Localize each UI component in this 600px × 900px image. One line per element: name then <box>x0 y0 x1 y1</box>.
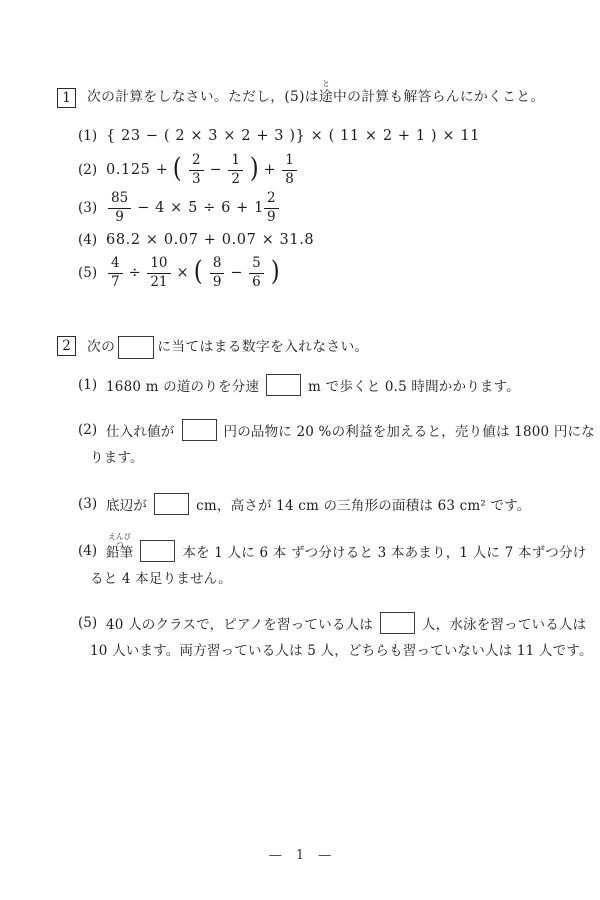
operator: ÷ <box>129 265 142 281</box>
fraction: 859 <box>108 192 131 224</box>
fraction-numerator: 1 <box>228 154 243 171</box>
expression-text: { 23 − ( 2 × 3 × 2 + 3 )} × ( 11 × 2 + 1… <box>106 128 480 144</box>
question-text-line2: 10 人います。両方習っている人は 5 人，どちらも習っていない人は 11 人で… <box>90 639 600 659</box>
operator: − <box>210 162 223 178</box>
answer-blank-box <box>182 419 217 441</box>
question-text-post: 人，水泳を習っている人は <box>422 613 586 633</box>
problem-2-items: (1) 1680 m の道のりを分速 m で歩くと 0.5 時間かかります。 (… <box>78 374 600 659</box>
answer-blank-box <box>118 336 154 359</box>
instruction-text-after: に当てはまる数字を入れなさい。 <box>157 338 368 357</box>
item-label: (1) <box>78 377 102 393</box>
problem-2: 2 次のに当てはまる数字を入れなさい。 (1) 1680 m の道のりを分速 m… <box>0 336 600 659</box>
instruction-text-after: 中の計算も解答らんにかくこと。 <box>333 88 544 107</box>
question-text-post: m で歩くと 0.5 時間かかります。 <box>308 375 520 395</box>
problem-1-items: (1) { 23 − ( 2 × 3 × 2 + 3 )} × ( 11 × 2… <box>78 126 600 291</box>
fraction: 12 <box>228 154 243 186</box>
exam-page: 1 次の計算をしなさい。ただし，(5)は途と中の計算も解答らんにかくこと。 (1… <box>0 0 600 900</box>
q1-item-3: (3) 859 − 4 × 5 ÷ 6 + 1 29 <box>78 190 600 226</box>
fraction: 23 <box>189 154 204 186</box>
instruction-text-before: 次の <box>87 338 115 357</box>
answer-blank-box <box>140 540 175 562</box>
item-label: (1) <box>78 128 102 144</box>
q2-item-4: (4) 鉛筆えんぴつ 本を 1 人に 6 本 ずつ分けると 3 本あまり，1 人… <box>78 540 600 587</box>
fraction: 1021 <box>147 257 170 289</box>
fraction: 89 <box>210 257 225 289</box>
q1-item-1: (1) { 23 − ( 2 × 3 × 2 + 3 )} × ( 11 × 2… <box>78 126 600 146</box>
fraction-denominator: 9 <box>112 209 127 225</box>
furigana-text: と <box>319 80 333 88</box>
right-paren: ) <box>271 258 280 288</box>
question-text-pre: 1680 m の道のりを分速 <box>106 375 259 395</box>
question-text-post: cm，高さが 14 cm の三角形の面積は 63 cm² です。 <box>196 494 530 514</box>
problem-1-instruction: 次の計算をしなさい。ただし，(5)は途と中の計算も解答らんにかくこと。 <box>87 88 544 107</box>
fraction-numerator: 2 <box>189 154 204 171</box>
question-row: (1) 1680 m の道のりを分速 m で歩くと 0.5 時間かかります。 <box>78 374 600 396</box>
fraction-denominator: 7 <box>108 274 123 290</box>
operator: × <box>177 265 190 281</box>
fraction-numerator: 2 <box>264 192 279 209</box>
left-paren: ( <box>194 258 203 288</box>
fraction-numerator: 1 <box>282 154 297 171</box>
ruby-enpitsu: 鉛筆えんぴつ <box>106 541 133 561</box>
ruby-base: 途 <box>319 89 333 105</box>
fraction-numerator: 8 <box>210 257 225 274</box>
problem-1: 1 次の計算をしなさい。ただし，(5)は途と中の計算も解答らんにかくこと。 (1… <box>0 88 600 291</box>
expression-text: 0.125 + <box>106 162 168 178</box>
fraction-denominator: 21 <box>147 274 170 290</box>
question-text-line2: ると 4 本足りません。 <box>90 567 600 587</box>
fraction-mixed: 29 <box>264 192 279 224</box>
problem-2-number-box: 2 <box>57 336 76 356</box>
operator: − <box>230 265 243 281</box>
left-paren: ( <box>173 155 182 185</box>
answer-blank-box <box>266 374 301 396</box>
fraction: 18 <box>282 154 297 186</box>
problem-2-instruction: 次のに当てはまる数字を入れなさい。 <box>87 336 369 359</box>
fraction-numerator: 4 <box>108 257 123 274</box>
item-label: (2) <box>78 422 102 438</box>
question-text-post: 円の品物に 20 %の利益を加えると，売り値は 1800 円にな <box>224 420 595 440</box>
item-label: (3) <box>78 200 102 216</box>
q2-item-2: (2) 仕入れ値が 円の品物に 20 %の利益を加えると，売り値は 1800 円… <box>78 419 600 466</box>
instruction-text-before: 次の計算をしなさい。ただし，(5)は <box>87 88 319 107</box>
question-text-pre: 底辺が <box>106 494 147 514</box>
fraction-numerator: 10 <box>147 257 170 274</box>
question-text-line2: ります。 <box>90 446 600 466</box>
question-row: (3) 底辺が cm，高さが 14 cm の三角形の面積は 63 cm² です。 <box>78 493 600 515</box>
problem-2-header: 2 次のに当てはまる数字を入れなさい。 <box>57 336 600 359</box>
q1-item-4: (4) 68.2 × 0.07 + 0.07 × 31.8 <box>78 230 600 250</box>
answer-blank-box <box>380 612 415 634</box>
q1-item-5: (5) 47 ÷ 1021 × ( 89 − 56 ) <box>78 255 600 291</box>
item-label: (5) <box>78 265 102 281</box>
q2-item-1: (1) 1680 m の道のりを分速 m で歩くと 0.5 時間かかります。 <box>78 374 600 396</box>
fraction: 56 <box>249 257 264 289</box>
fraction-denominator: 3 <box>189 171 204 187</box>
question-row: (5) 40 人のクラスで，ピアノを習っている人は 人，水泳を習っている人は <box>78 612 600 634</box>
expression-text: − 4 × 5 ÷ 6 + 1 <box>137 200 264 216</box>
fraction-denominator: 9 <box>264 209 279 225</box>
answer-blank-box <box>154 493 189 515</box>
question-text-pre: 仕入れ値が <box>106 420 175 440</box>
fraction-denominator: 2 <box>228 171 243 187</box>
ruby-tochuu: 途と <box>319 88 333 107</box>
q2-item-3: (3) 底辺が cm，高さが 14 cm の三角形の面積は 63 cm² です。 <box>78 493 600 515</box>
fraction-numerator: 85 <box>108 192 131 209</box>
problem-1-header: 1 次の計算をしなさい。ただし，(5)は途と中の計算も解答らんにかくこと。 <box>57 88 600 108</box>
fraction-denominator: 6 <box>249 274 264 290</box>
right-paren: ) <box>250 155 259 185</box>
operator: + <box>264 162 277 178</box>
furigana-text: えんぴつ <box>106 533 133 548</box>
item-label: (2) <box>78 162 102 178</box>
item-label: (3) <box>78 496 102 512</box>
question-row: (2) 仕入れ値が 円の品物に 20 %の利益を加えると，売り値は 1800 円… <box>78 419 600 441</box>
question-text-post: 本を 1 人に 6 本 ずつ分けると 3 本あまり，1 人に 7 本ずつ分け <box>182 541 586 561</box>
fraction-denominator: 9 <box>210 274 225 290</box>
item-label: (4) <box>78 543 102 559</box>
fraction-numerator: 5 <box>249 257 264 274</box>
question-text-pre: 40 人のクラスで，ピアノを習っている人は <box>106 613 373 633</box>
item-label: (4) <box>78 232 102 248</box>
page-number: — 1 — <box>0 848 600 863</box>
fraction-denominator: 8 <box>282 171 297 187</box>
q2-item-5: (5) 40 人のクラスで，ピアノを習っている人は 人，水泳を習っている人は 1… <box>78 612 600 659</box>
item-label: (5) <box>78 615 102 631</box>
fraction: 47 <box>108 257 123 289</box>
question-row: (4) 鉛筆えんぴつ 本を 1 人に 6 本 ずつ分けると 3 本あまり，1 人… <box>78 540 600 562</box>
problem-1-number-box: 1 <box>57 88 76 108</box>
expression-text: 68.2 × 0.07 + 0.07 × 31.8 <box>106 232 314 248</box>
q1-item-2: (2) 0.125 + ( 23 − 12 ) + 18 <box>78 152 600 188</box>
